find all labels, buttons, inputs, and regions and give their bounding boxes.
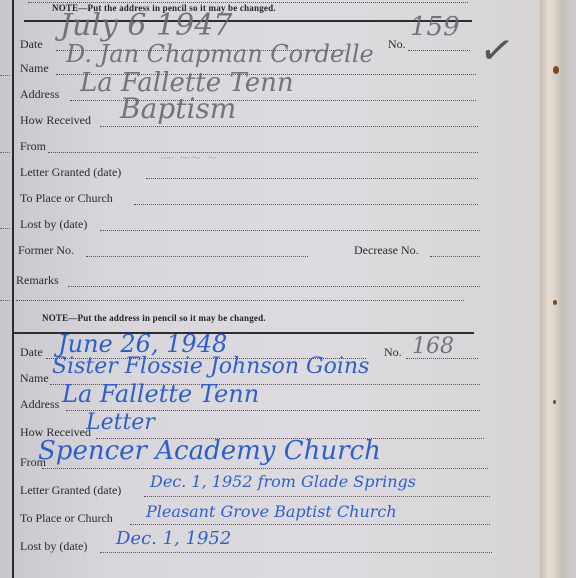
label-from: From (20, 139, 46, 154)
entry2-lost-by: Dec. 1, 1952 (116, 528, 231, 549)
left-margin-line (12, 0, 14, 578)
label-to-place: To Place or Church (20, 191, 113, 206)
rust-spot (553, 400, 556, 404)
entry2-name: Sister Flossie Johnson Goins (52, 354, 369, 379)
field-how-received: How Received (16, 110, 478, 132)
rust-spot (553, 66, 559, 74)
dotted-line (100, 126, 478, 127)
label-letter-granted: Letter Granted (date) (20, 165, 121, 180)
entry1-name: D. Jan Chapman Cordelle (66, 40, 374, 68)
label-lost-by: Lost by (date) (20, 539, 87, 554)
dotted-line (408, 50, 470, 51)
entry1-no: 159 (410, 12, 460, 42)
entry2-address: La Fallette Tenn (62, 380, 259, 408)
stub-line (0, 152, 10, 153)
label-address: Address (20, 87, 59, 102)
register-page: NOTE—Put the address in pencil so it may… (0, 0, 540, 578)
entry2-how-received: Letter (86, 410, 155, 435)
entry1-how-received: Baptism (120, 92, 236, 125)
entry2-to-place: Pleasant Grove Baptist Church (146, 502, 397, 521)
dotted-line (68, 286, 480, 287)
label-how-received: How Received (20, 113, 91, 128)
field-letter-granted: Letter Granted (date) (16, 162, 478, 184)
dotted-line (42, 468, 488, 469)
stub-line (0, 75, 10, 76)
label-name: Name (20, 371, 49, 386)
label-date: Date (20, 37, 43, 52)
label-no: No. (388, 37, 406, 52)
field-from: From (16, 136, 478, 158)
label-to-place: To Place or Church (20, 511, 113, 526)
rust-spot (553, 300, 557, 305)
note-text: NOTE—Put the address in pencil so it may… (42, 313, 266, 323)
dotted-line (100, 552, 492, 553)
label-lost-by: Lost by (date) (20, 217, 87, 232)
entry2-letter-granted: Dec. 1, 1952 from Glade Springs (150, 472, 416, 491)
dotted-line (130, 524, 490, 525)
label-date: Date (20, 345, 43, 360)
dotted-line (86, 256, 308, 257)
dotted-line (144, 496, 490, 497)
entry2-no: 168 (412, 334, 454, 359)
stub-line (0, 300, 10, 301)
dotted-line (134, 204, 478, 205)
field-lost-by: Lost by (date) (16, 214, 478, 236)
label-no: No. (384, 345, 402, 360)
dotted-line (146, 178, 478, 179)
field-lost-by: Lost by (date) (16, 536, 478, 558)
dotted-line (430, 256, 480, 257)
checkmark-icon: ✓ (476, 25, 517, 76)
field-remarks: Remarks (16, 270, 478, 292)
erased-pencil-marks: — ~~ ~ (160, 150, 218, 166)
label-letter-granted: Letter Granted (date) (20, 483, 121, 498)
label-former-no: Former No. (18, 243, 74, 258)
divider (16, 300, 464, 301)
field-former-no: Former No. Decrease No. (16, 240, 478, 262)
entry1-date: July 6 1947 (60, 8, 232, 43)
entry2-from: Spencer Academy Church (38, 436, 381, 466)
dotted-line (100, 230, 480, 231)
label-remarks: Remarks (16, 273, 59, 288)
label-address: Address (20, 397, 59, 412)
field-to-place: To Place or Church (16, 188, 478, 210)
stub-line (0, 228, 10, 229)
label-name: Name (20, 61, 49, 76)
label-decrease-no: Decrease No. (354, 243, 419, 258)
book-binding-edge (540, 0, 576, 578)
dotted-line (48, 152, 478, 153)
